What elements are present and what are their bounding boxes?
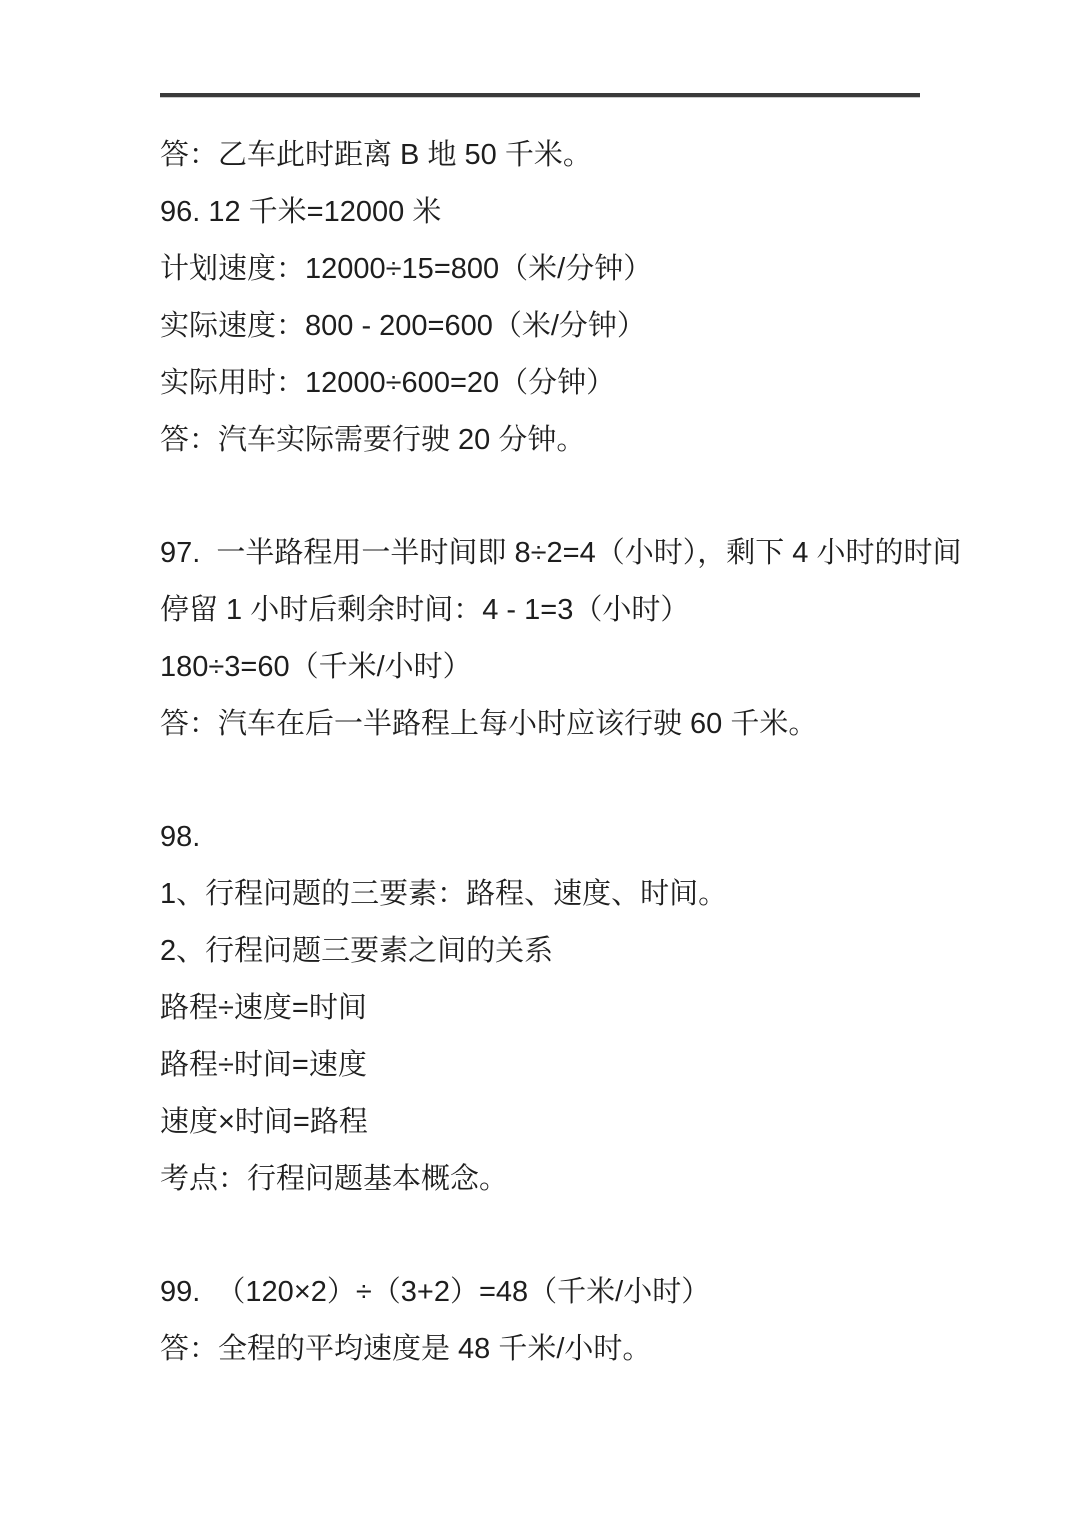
problem-96-planned-speed-line: 计划速度：12000÷15=800（米/分钟） <box>160 241 920 298</box>
problem-97-speed-line: 180÷3=60（千米/小时） <box>160 639 920 696</box>
answer-line-problem-95: 答：乙车此时距离 B 地 50 千米。 <box>160 127 920 184</box>
problem-99-calculation-line: 99. （120×2）÷（3+2）=48（千米/小时） <box>160 1264 920 1321</box>
problem-98-formula-speed-line: 路程÷时间=速度 <box>160 1037 920 1094</box>
problem-97-block: 97. 一半路程用一半时间即 8÷2=4（小时），剩下 4 小时的时间 停留 1… <box>160 525 920 753</box>
document-page: 答：乙车此时距离 B 地 50 千米。 96. 12 千米=12000 米 计划… <box>0 0 1080 1517</box>
section-divider <box>160 93 920 98</box>
problem-95-answer-and-96-block: 答：乙车此时距离 B 地 50 千米。 96. 12 千米=12000 米 计划… <box>160 127 920 469</box>
problem-96-actual-speed-line: 实际速度：800 - 200=600（米/分钟） <box>160 298 920 355</box>
answer-line-problem-96: 答：汽车实际需要行驶 20 分钟。 <box>160 412 920 469</box>
problem-96-actual-time-line: 实际用时：12000÷600=20（分钟） <box>160 355 920 412</box>
problem-98-formula-distance-line: 速度×时间=路程 <box>160 1094 920 1151</box>
problem-98-formula-time-line: 路程÷速度=时间 <box>160 980 920 1037</box>
problem-98-point-2-line: 2、行程问题三要素之间的关系 <box>160 923 920 980</box>
answer-line-problem-99: 答：全程的平均速度是 48 千米/小时。 <box>160 1321 920 1378</box>
problem-99-block: 99. （120×2）÷（3+2）=48（千米/小时） 答：全程的平均速度是 4… <box>160 1264 920 1378</box>
problem-98-number-line: 98. <box>160 809 920 866</box>
answer-line-problem-97: 答：汽车在后一半路程上每小时应该行驶 60 千米。 <box>160 696 920 753</box>
problem-98-point-1-line: 1、行程问题的三要素：路程、速度、时间。 <box>160 866 920 923</box>
problem-97-step-line: 97. 一半路程用一半时间即 8÷2=4（小时），剩下 4 小时的时间 <box>160 525 920 582</box>
problem-98-exam-point-line: 考点：行程问题基本概念。 <box>160 1151 920 1208</box>
problem-96-conversion-line: 96. 12 千米=12000 米 <box>160 184 920 241</box>
problem-98-block: 98. 1、行程问题的三要素：路程、速度、时间。 2、行程问题三要素之间的关系 … <box>160 809 920 1208</box>
problem-97-remaining-time-line: 停留 1 小时后剩余时间：4 - 1=3（小时） <box>160 582 920 639</box>
